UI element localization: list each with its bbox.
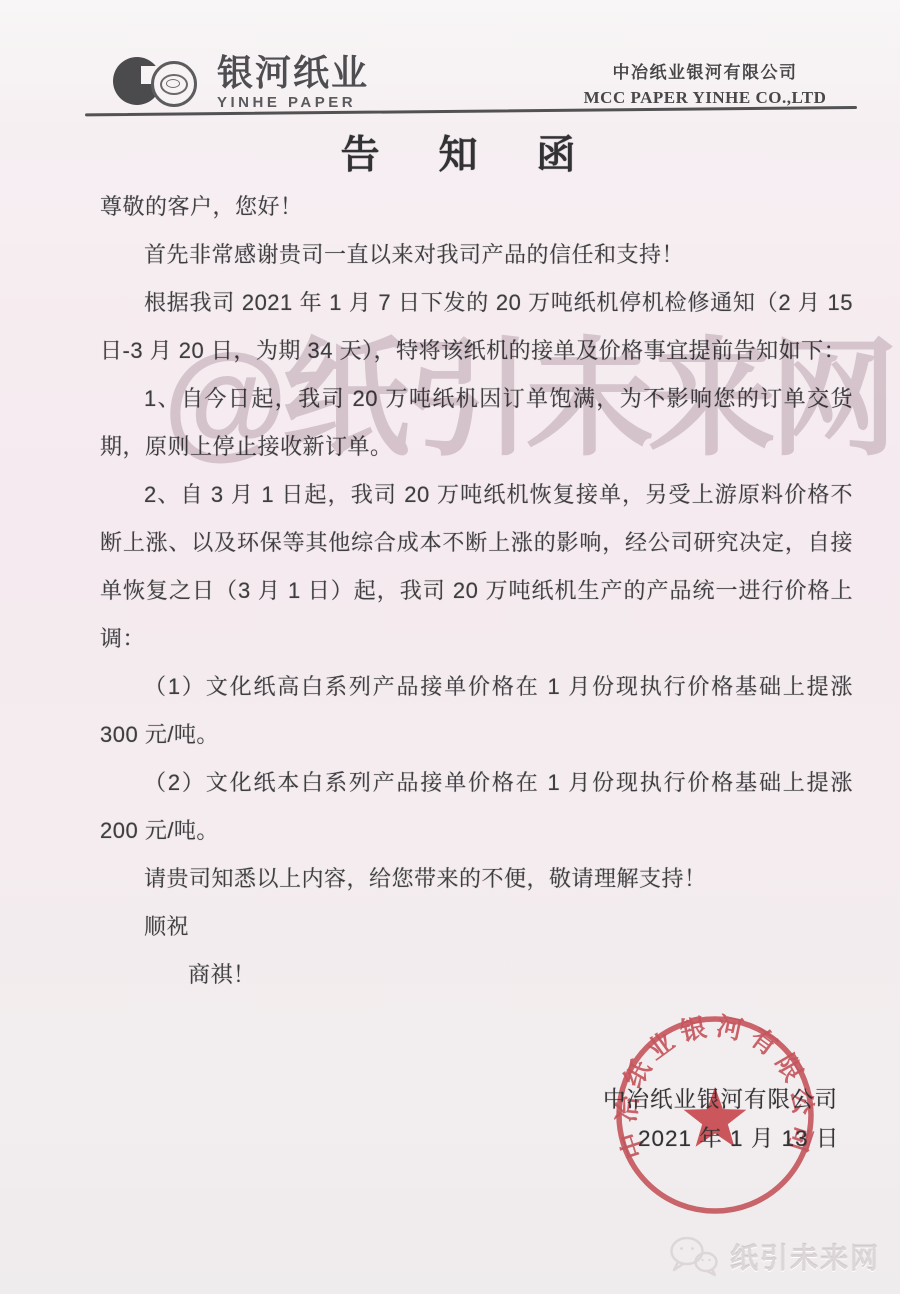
letterhead-company-en: MCC PAPER YINHE CO.,LTD — [560, 88, 850, 108]
letterhead-company: 中冶纸业银河有限公司 MCC PAPER YINHE CO.,LTD — [560, 58, 850, 108]
letterhead-company-cn: 中冶纸业银河有限公司 — [560, 58, 850, 83]
letter-paragraph: 2、自 3 月 1 日起，我司 20 万吨纸机恢复接单，另受上游原料价格不断上涨… — [100, 471, 853, 663]
corner-watermark-text: 纸引未来网 — [730, 1237, 880, 1277]
letter-paragraph: 根据我司 2021 年 1 月 7 日下发的 20 万吨纸机停机检修通知（2 月… — [100, 279, 853, 375]
letter-paragraphs: 尊敬的客户，您好！首先非常感谢贵司一直以来对我司产品的信任和支持！根据我司 20… — [100, 183, 853, 999]
letter-paragraph: 顺祝 — [100, 903, 853, 951]
letter-paragraph: 请贵司知悉以上内容，给您带来的不便，敬请理解支持！ — [100, 855, 853, 903]
logo-name-en: YINHE PAPER — [217, 94, 369, 111]
scanned-letter-page: 银河纸业 YINHE PAPER 中冶纸业银河有限公司 MCC PAPER YI… — [0, 0, 900, 1294]
letter-paragraph: 商祺！ — [100, 951, 853, 999]
yinhe-paper-logo-icon — [113, 55, 199, 109]
letter-paragraph: 首先非常感谢贵司一直以来对我司产品的信任和支持！ — [100, 231, 853, 279]
company-seal: 中冶纸业银河有限公司 — [600, 1000, 830, 1230]
corner-watermark: 纸引未来网 — [666, 1234, 880, 1280]
signature-date: 2021 年 1 月 13 日 — [638, 1121, 839, 1153]
wechat-icon — [666, 1234, 720, 1280]
logo-name-cn: 银河纸业 — [217, 55, 369, 91]
document-title: 告 知 函 — [0, 124, 900, 180]
letter-paragraph: 尊敬的客户，您好！ — [100, 183, 853, 231]
signature-company: 中冶纸业银河有限公司 — [603, 1082, 838, 1114]
company-logo: 银河纸业 YINHE PAPER — [113, 55, 369, 111]
letter-paragraph: （1）文化纸高白系列产品接单价格在 1 月份现执行价格基础上提涨 300 元/吨… — [100, 663, 853, 759]
letter-paragraph: 1、自今日起，我司 20 万吨纸机因订单饱满，为不影响您的订单交货期，原则上停止… — [100, 375, 853, 471]
letter-paragraph: （2）文化纸本白系列产品接单价格在 1 月份现执行价格基础上提涨 200 元/吨… — [100, 759, 853, 855]
